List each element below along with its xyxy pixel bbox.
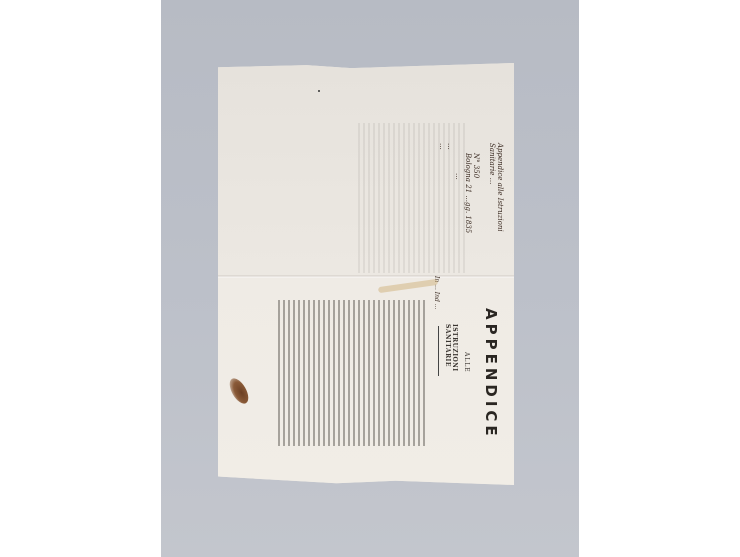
document-title: APPENDICE — [476, 308, 500, 478]
body-text-column — [278, 300, 428, 446]
handwritten-line: Appendice alle Istruzioni — [496, 143, 504, 232]
handwritten-line: Bologna 21 ...gg. 1835 — [464, 153, 472, 233]
document-subtitle: ALLE — [463, 352, 470, 373]
document-subtitle-2: ISTRUZIONI SANITARIE — [444, 324, 458, 384]
fold-crease — [218, 275, 514, 278]
handwritten-line: ... — [454, 173, 462, 180]
divider-rule — [438, 326, 439, 376]
document-sheet: Appendice alle Istruzioni Sanitarie ... … — [218, 63, 514, 485]
handwritten-line: ... — [446, 143, 454, 150]
handwritten-line: N° 350 — [472, 153, 480, 178]
handwritten-notes: Appendice alle Istruzioni Sanitarie ... … — [416, 143, 506, 253]
printed-area: ISTRUZIONI SANITARIE ALLE APPENDICE — [278, 296, 508, 446]
handwritten-line: ... — [438, 143, 446, 150]
ink-dot — [318, 90, 320, 92]
handwritten-line: Sanitarie ... — [488, 143, 496, 184]
document-photo: Appendice alle Istruzioni Sanitarie ... … — [161, 0, 579, 557]
